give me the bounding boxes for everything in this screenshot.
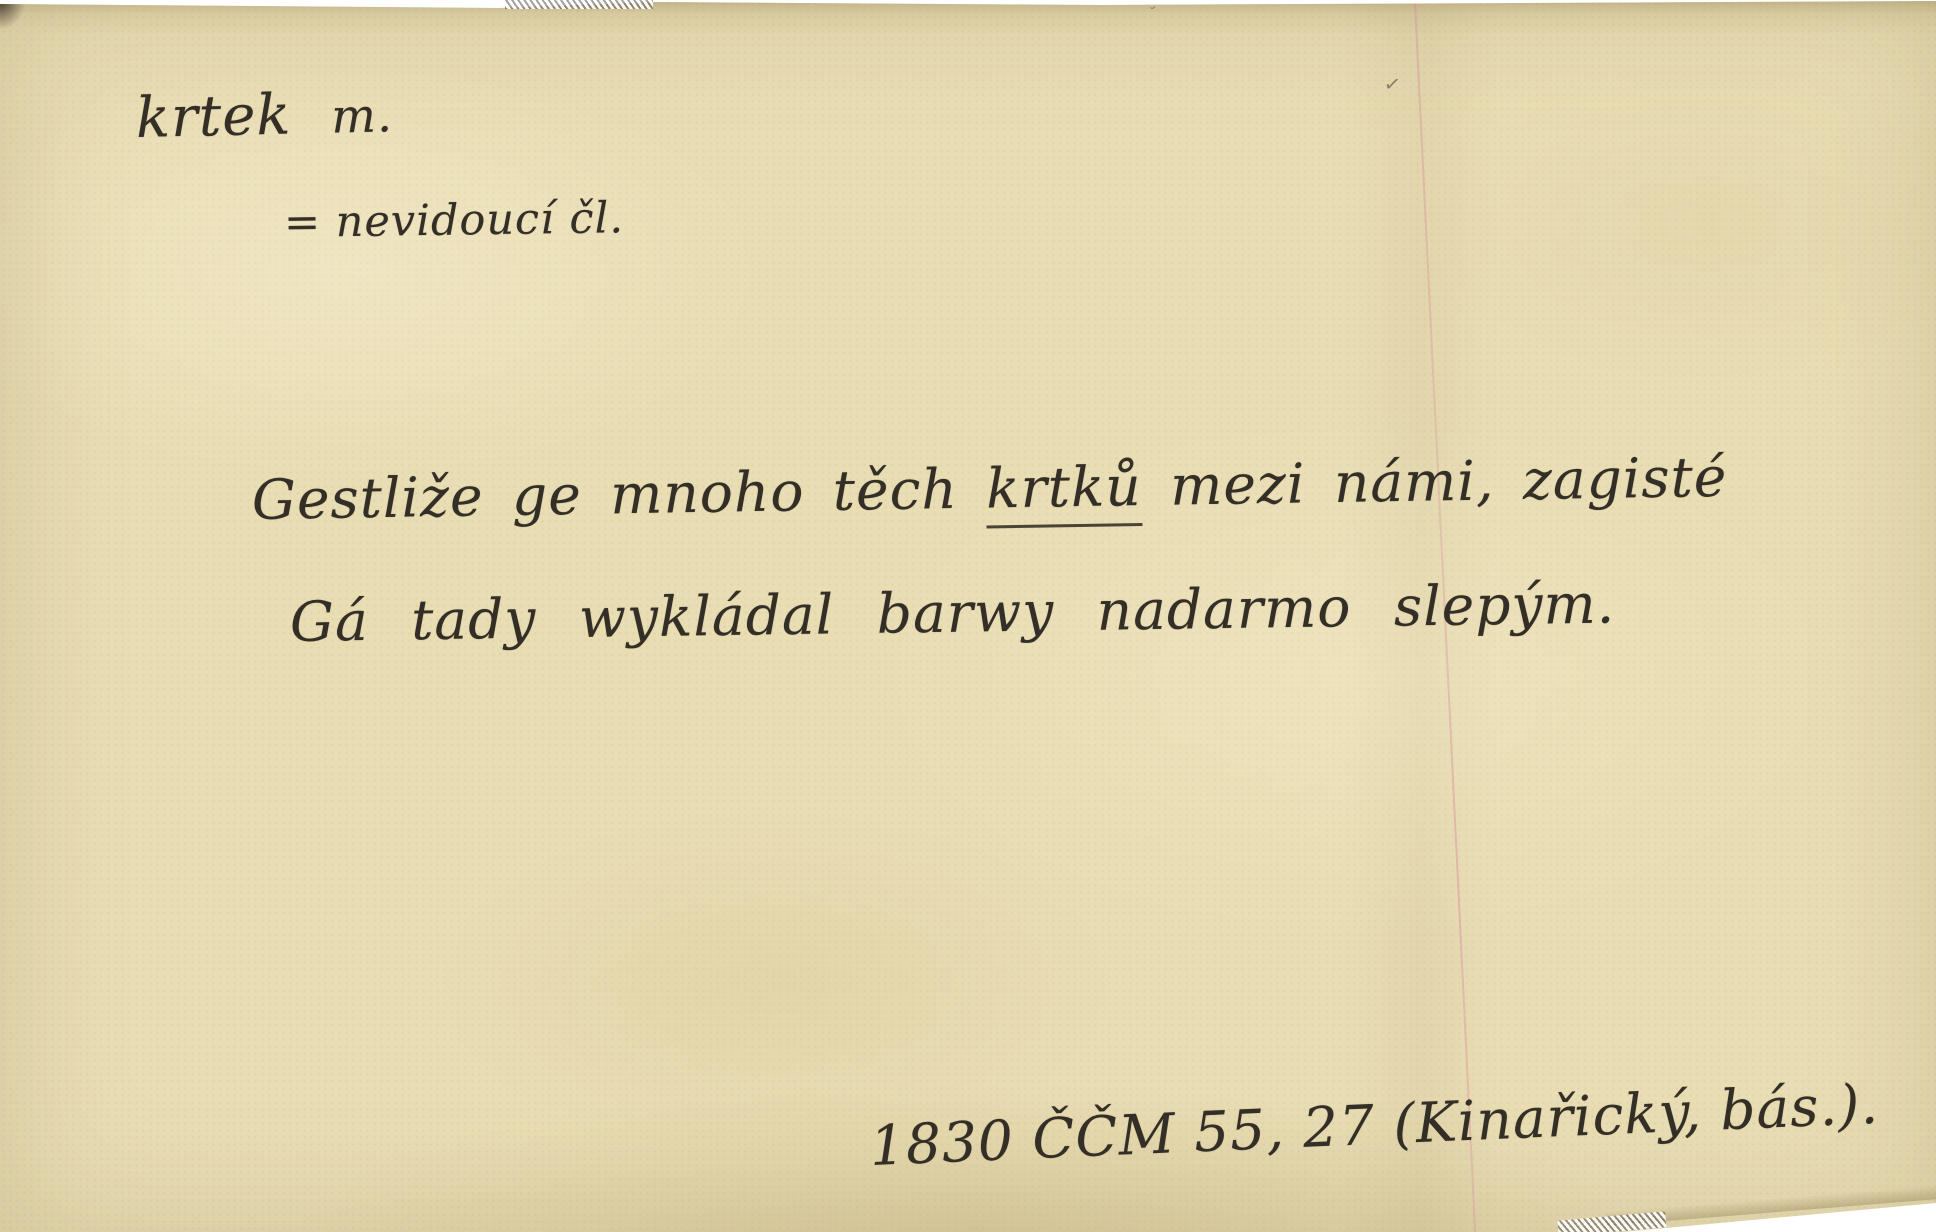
definition: = nevidoucí čl. <box>284 193 625 248</box>
citation: 1830 ČČM 55, 27 (Kinařický, bás.). <box>869 1072 1880 1178</box>
quote-line-1: Gestliže ge mnoho těch krtků mezi námi, … <box>251 445 1727 532</box>
stray-pen-mark: ✓ <box>1382 71 1402 97</box>
quote-line-1-pre: Gestliže ge mnoho těch <box>251 456 986 532</box>
headword: krtek <box>135 82 292 151</box>
index-card: ✓ ˘ krtekm. = nevidoucí čl. Gestliže ge … <box>0 0 1936 1232</box>
scanned-card-image: ✓ ˘ krtekm. = nevidoucí čl. Gestliže ge … <box>0 0 1936 1232</box>
quote-line-1-post: mezi námi, zagisté <box>1141 445 1728 518</box>
scanner-hatch-top <box>505 0 653 9</box>
gender-label: m. <box>331 88 394 144</box>
headword-line: krtekm. <box>135 80 393 151</box>
quote-line-2: Gá tady wykládal barwy nadarmo slepým. <box>290 571 1616 653</box>
corner-notch <box>0 0 26 30</box>
underlined-word-krtku: krtků <box>986 454 1143 528</box>
stray-pen-mark: ˘ <box>1148 3 1160 23</box>
